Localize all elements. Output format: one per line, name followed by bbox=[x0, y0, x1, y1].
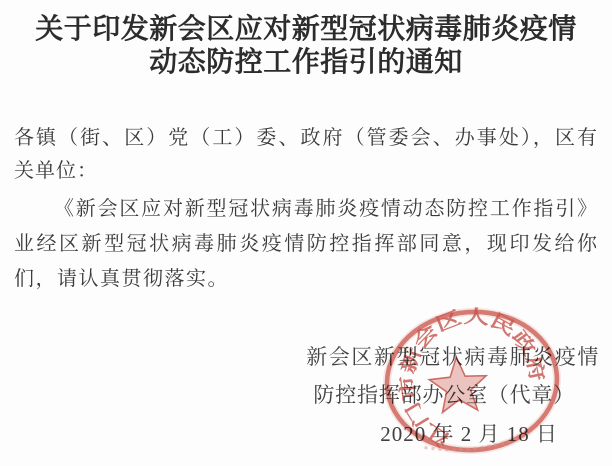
title-line-1: 关于印发新会区应对新型冠状病毒肺炎疫情 bbox=[0, 13, 612, 46]
salutation-line-2: 关单位： bbox=[14, 159, 597, 183]
signature-org-line-1: 新会区新型冠状病毒肺炎疫情 bbox=[306, 345, 600, 370]
document-title: 关于印发新会区应对新型冠状病毒肺炎疫情 动态防控工作指引的通知 bbox=[0, 13, 612, 79]
official-notice-page: 关于印发新会区应对新型冠状病毒肺炎疫情 动态防控工作指引的通知 各镇（街、区）党… bbox=[0, 0, 612, 466]
paragraph-line-1: 《新会区应对新型冠状病毒肺炎疫情动态防控工作指引》 bbox=[54, 197, 597, 221]
salutation-line-1: 各镇（街、区）党（工）委、政府（管委会、办事处），区有 bbox=[14, 126, 597, 150]
signature-date: 2020 年 2 月 18 日 bbox=[380, 422, 558, 447]
title-line-2: 动态防控工作指引的通知 bbox=[0, 46, 612, 79]
paragraph-line-3: 们，请认真贯彻落实。 bbox=[14, 267, 597, 291]
signature-org-line-2: 防控指挥部办公室（代章） bbox=[313, 383, 575, 408]
paragraph-line-2: 业经区新型冠状病毒肺炎疫情防控指挥部同意，现印发给你 bbox=[14, 232, 597, 256]
